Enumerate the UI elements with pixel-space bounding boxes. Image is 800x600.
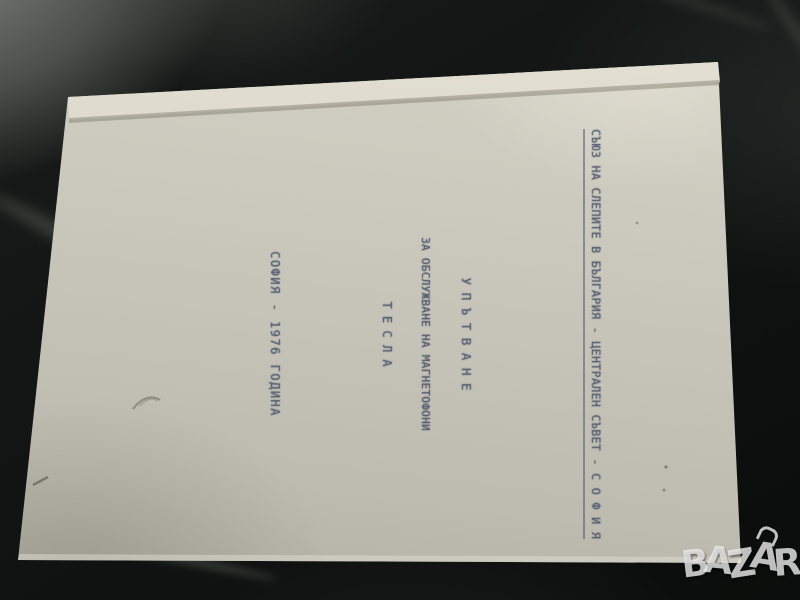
photo-canvas: СЪЮЗ НА СЛЕПИТЕ В БЪЛГАРИЯ - ЦЕНТРАЛЕН С… <box>0 0 800 600</box>
document-text-block: СЪЮЗ НА СЛЕПИТЕ В БЪЛГАРИЯ - ЦЕНТРАЛЕН С… <box>41 70 731 570</box>
imprint-line: СОФИЯ - 1976 ГОДИНА <box>268 84 282 584</box>
watermark-letter: R <box>772 543 800 582</box>
organization-line: СЪЮЗ НА СЛЕПИТЕ В БЪЛГАРИЯ - ЦЕНТРАЛЕН С… <box>583 84 603 584</box>
document-subtitle: ЗА ОБСЛУЖВАНЕ НА МАГНЕТОФОНИ <box>419 84 432 584</box>
brand-line: Т Е С Л А <box>380 84 394 584</box>
bazar-watermark: B A Z A R <box>681 543 797 580</box>
organization-line-text: СЪЮЗ НА СЛЕПИТЕ В БЪЛГАРИЯ - ЦЕНТРАЛЕН С… <box>583 129 603 539</box>
watermark-letter-text: R <box>772 540 800 585</box>
document-title: У П Ъ Т В А Н Е <box>459 84 474 584</box>
